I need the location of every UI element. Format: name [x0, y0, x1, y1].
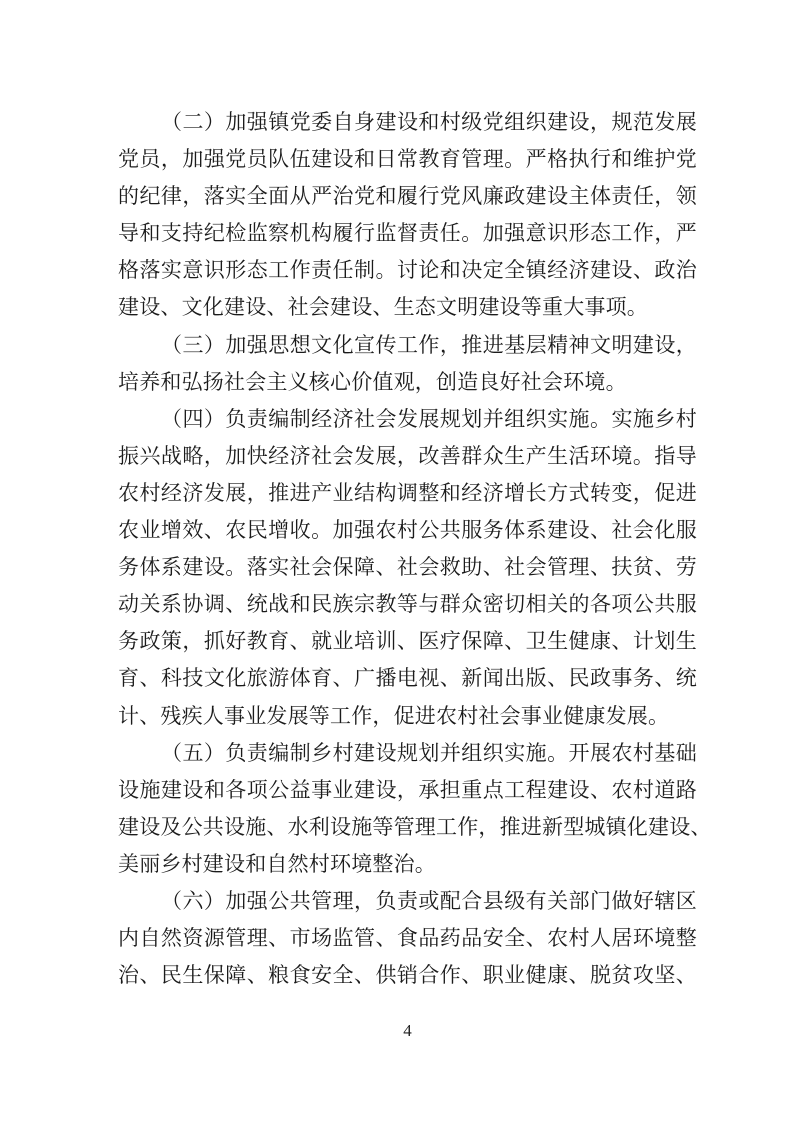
text-line: 设施建设和各项公益事业建设，承担重点工程建设、农村道路 [118, 772, 697, 809]
text-line: （六）加强公共管理，负责或配合县级有关部门做好辖区 [118, 883, 697, 920]
text-line: 党员，加强党员队伍建设和日常教育管理。严格执行和维护党 [118, 141, 697, 178]
text-line: 建设、文化建设、社会建设、生态文明建设等重大事项。 [118, 289, 697, 326]
text-line: 计、残疾人事业发展等工作，促进农村社会事业健康发展。 [118, 698, 697, 735]
paragraph-item-5: （五）负责编制乡村建设规划并组织实施。开展农村基础设施建设和各项公益事业建设，承… [118, 735, 697, 883]
text-line: 农村经济发展，推进产业结构调整和经济增长方式转变，促进 [118, 475, 697, 512]
text-line: 治、民生保障、粮食安全、供销合作、职业健康、脱贫攻坚、 [118, 957, 697, 994]
text-line: （二）加强镇党委自身建设和村级党组织建设，规范发展 [118, 104, 697, 141]
text-line: 内自然资源管理、市场监管、食品药品安全、农村人居环境整 [118, 920, 697, 957]
text-line: 格落实意识形态工作责任制。讨论和决定全镇经济建设、政治 [118, 252, 697, 289]
text-line: 育、科技文化旅游体育、广播电视、新闻出版、民政事务、统 [118, 660, 697, 697]
text-line: 建设及公共设施、水利设施等管理工作，推进新型城镇化建设、 [118, 809, 697, 846]
document-page: （二）加强镇党委自身建设和村级党组织建设，规范发展党员，加强党员队伍建设和日常教… [0, 0, 793, 1122]
text-line: 务体系建设。落实社会保障、社会救助、社会管理、扶贫、劳 [118, 549, 697, 586]
paragraph-item-4: （四）负责编制经济社会发展规划并组织实施。实施乡村振兴战略，加快经济社会发展，改… [118, 401, 697, 735]
text-line: （五）负责编制乡村建设规划并组织实施。开展农村基础 [118, 735, 697, 772]
page-number: 4 [403, 1021, 412, 1040]
text-line: （四）负责编制经济社会发展规划并组织实施。实施乡村 [118, 401, 697, 438]
text-line: 动关系协调、统战和民族宗教等与群众密切相关的各项公共服 [118, 586, 697, 623]
text-line: 培养和弘扬社会主义核心价值观，创造良好社会环境。 [118, 364, 697, 401]
document-body: （二）加强镇党委自身建设和村级党组织建设，规范发展党员，加强党员队伍建设和日常教… [118, 104, 697, 994]
text-line: 农业增效、农民增收。加强农村公共服务体系建设、社会化服 [118, 512, 697, 549]
paragraph-item-3: （三）加强思想文化宣传工作，推进基层精神文明建设，培养和弘扬社会主义核心价值观，… [118, 327, 697, 401]
paragraph-item-6: （六）加强公共管理，负责或配合县级有关部门做好辖区内自然资源管理、市场监管、食品… [118, 883, 697, 994]
text-line: 美丽乡村建设和自然村环境整治。 [118, 846, 697, 883]
text-line: 务政策，抓好教育、就业培训、医疗保障、卫生健康、计划生 [118, 623, 697, 660]
text-line: 的纪律，落实全面从严治党和履行党风廉政建设主体责任，领 [118, 178, 697, 215]
text-line: 振兴战略，加快经济社会发展，改善群众生产生活环境。指导 [118, 438, 697, 475]
page-footer: 4 [118, 1020, 697, 1042]
paragraph-item-2: （二）加强镇党委自身建设和村级党组织建设，规范发展党员，加强党员队伍建设和日常教… [118, 104, 697, 327]
text-line: （三）加强思想文化宣传工作，推进基层精神文明建设， [118, 327, 697, 364]
text-line: 导和支持纪检监察机构履行监督责任。加强意识形态工作，严 [118, 215, 697, 252]
